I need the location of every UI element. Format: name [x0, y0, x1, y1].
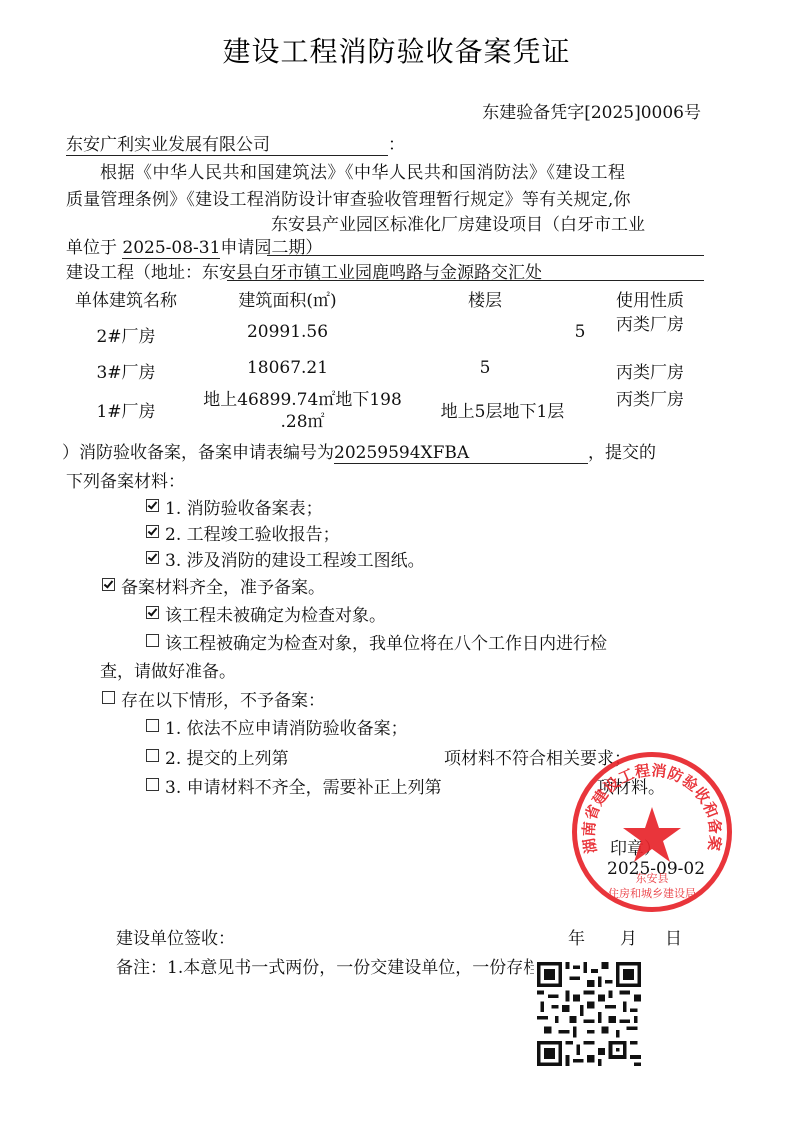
addressee-name: 东安广利实业发展有限公司: [66, 130, 388, 156]
reject-label: 存在以下情形，不予备案：: [121, 691, 325, 711]
inspected-label-cont: 查，请做好准备。: [100, 657, 236, 682]
seal-agency-line1: 东安县: [636, 871, 669, 885]
inspected-checkbox[interactable]: [146, 634, 159, 647]
address-prefix: 建设工程（地址：: [66, 263, 202, 283]
addressee-line: 东安广利实业发展有限公司：: [66, 130, 405, 156]
reject-1-checkbox[interactable]: [146, 719, 159, 732]
material-2-checkbox[interactable]: [146, 525, 159, 538]
apply-date: 2025-08-31: [122, 238, 220, 259]
filing-prefix: ）消防验收备案，备案申请表编号为: [62, 443, 334, 463]
materials-intro: 下列备案材料：: [66, 467, 185, 492]
material-2-label: 2. 工程竣工验收报告；: [165, 525, 340, 545]
table-row-1-use: 丙类厂房: [600, 310, 700, 335]
not-inspected-option: 该工程未被确定为检查对象。: [146, 601, 386, 626]
star-icon: [623, 807, 681, 862]
table-row-1-area: 20991.56: [200, 322, 375, 342]
reject-2-checkbox[interactable]: [146, 749, 159, 762]
material-1-checkbox[interactable]: [146, 499, 159, 512]
inspected-option: 该工程被确定为检查对象，我单位将在八个工作日内进行检: [146, 629, 607, 654]
qr-code-icon: [537, 962, 641, 1066]
remark: 备注：1.本意见书一式两份，一份交建设单位，一份存档: [116, 953, 534, 978]
material-1-label: 1. 消防验收备案表；: [165, 499, 323, 519]
reject-3-checkbox[interactable]: [146, 778, 159, 791]
address-underline: [227, 280, 704, 281]
not-inspected-label: 该工程未被确定为检查对象。: [165, 606, 386, 626]
reject-2-label: 2. 提交的上列第: [165, 749, 289, 769]
table-header-area: 建筑面积(㎡): [200, 286, 375, 311]
material-3-checkbox[interactable]: [146, 551, 159, 564]
table-row-3-floors: 地上5层地下1层: [425, 397, 580, 422]
material-3-label: 3. 涉及消防的建设工程竣工图纸。: [165, 551, 425, 571]
date-day-label: 日: [665, 924, 682, 949]
document-number: 东建验备凭字[2025]0006号: [482, 98, 701, 123]
approve-option: 备案材料齐全，准予备案。: [102, 573, 325, 598]
table-row-2-name: 3#厂房: [66, 358, 186, 383]
reject-item-3: 3. 申请材料不齐全，需要补正上列第: [146, 773, 442, 798]
table-row-2-area: 18067.21: [200, 358, 375, 378]
material-item-3: 3. 涉及消防的建设工程竣工图纸。: [146, 546, 425, 571]
table-header-name: 单体建筑名称: [66, 286, 186, 311]
signature-label: 建设单位签收：: [116, 924, 235, 949]
table-row-1-floors: 5: [560, 322, 600, 342]
material-item-2: 2. 工程竣工验收报告；: [146, 520, 340, 545]
filing-line: ）消防验收备案，备案申请表编号为20259594XFBA，提交的: [62, 438, 656, 464]
seal-agency-line2: 住房和城乡建设局: [608, 886, 696, 900]
table-row-3-area-cont: .28㎡: [195, 407, 410, 432]
approve-label: 备案材料齐全，准予备案。: [121, 578, 325, 598]
inspected-label: 该工程被确定为检查对象，我单位将在八个工作日内进行检: [165, 634, 607, 654]
seal-graphic: 湖南省建设工程消防验收和备案抽查专用章 东安县 住房和城乡建设局: [577, 757, 727, 907]
not-inspected-checkbox[interactable]: [146, 606, 159, 619]
project-name-underline: [267, 255, 704, 256]
reject-option: 存在以下情形，不予备案：: [102, 686, 325, 711]
reject-3-label: 3. 申请材料不齐全，需要补正上列第: [165, 778, 442, 798]
date-year-label: 年: [568, 924, 585, 949]
material-item-1: 1. 消防验收备案表；: [146, 494, 323, 519]
apply-prefix: 单位于: [66, 238, 117, 258]
table-row-3-name: 1#厂房: [66, 397, 186, 422]
table-row-2-floors: 5: [440, 358, 530, 378]
apply-mid: 申请: [220, 238, 254, 258]
table-header-use: 使用性质: [600, 286, 700, 311]
reject-item-2: 2. 提交的上列第: [146, 744, 289, 769]
qr-code: [537, 962, 641, 1066]
date-month-label: 月: [620, 924, 637, 949]
reject-item-1: 1. 依法不应申请消防验收备案；: [146, 714, 408, 739]
legal-basis-line2: 质量管理条例》《建设工程消防设计审查验收管理暂行规定》等有关规定,你: [66, 185, 631, 210]
project-name-line1: 东安县产业园区标准化厂房建设项目（白牙市工业: [271, 210, 645, 235]
official-seal: 湖南省建设工程消防验收和备案抽查专用章 东安县 住房和城乡建设局: [572, 752, 732, 912]
filing-suffix: ，提交的: [588, 443, 656, 463]
table-header-floors: 楼层: [440, 286, 530, 311]
filing-number: 20259594XFBA: [334, 443, 588, 464]
table-row-1-name: 2#厂房: [66, 322, 186, 347]
table-row-2-use: 丙类厂房: [600, 358, 700, 383]
reject-checkbox[interactable]: [102, 691, 115, 704]
table-row-3-use: 丙类厂房: [600, 385, 700, 410]
approve-checkbox[interactable]: [102, 578, 115, 591]
addressee-colon: ：: [388, 135, 405, 155]
document-title: 建设工程消防验收备案凭证: [0, 30, 793, 70]
reject-1-label: 1. 依法不应申请消防验收备案；: [165, 719, 408, 739]
legal-basis-line1: 根据《中华人民共和国建筑法》《中华人民共和国消防法》《建设工程: [100, 158, 626, 183]
